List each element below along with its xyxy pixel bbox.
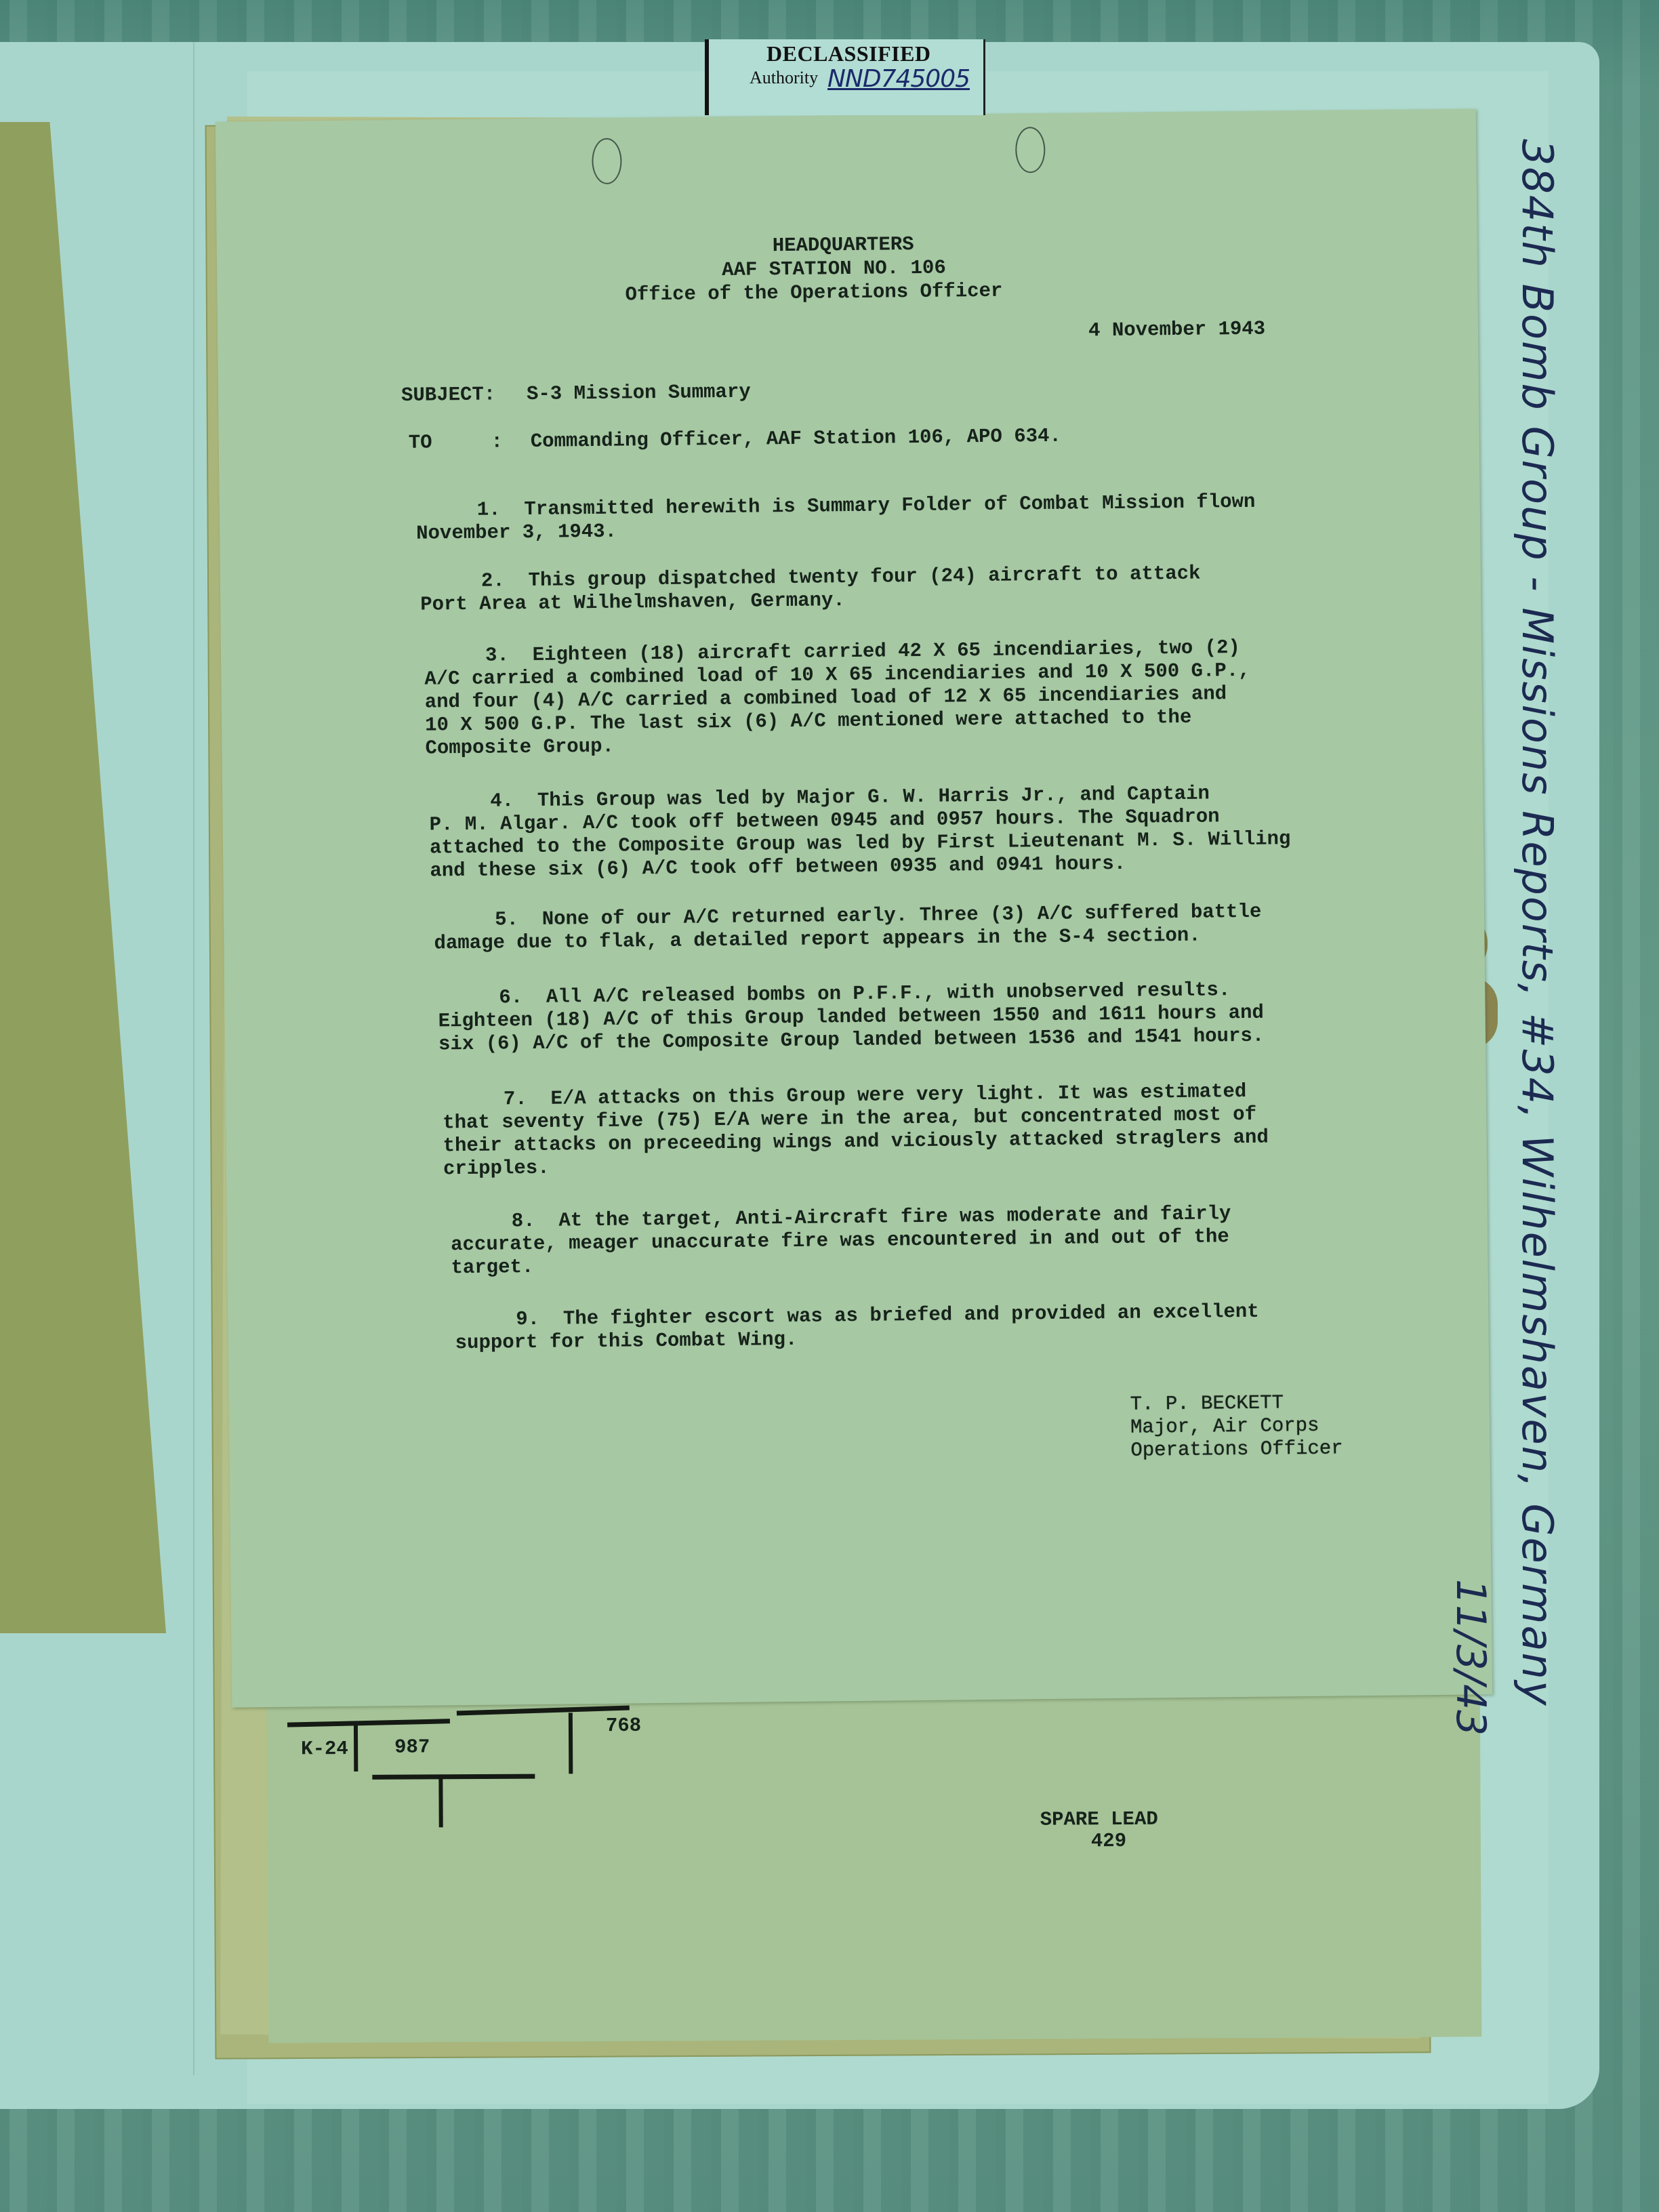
signature-block: T. P. BECKETT Major, Air Corps Operation… (1130, 1391, 1343, 1462)
paragraph-7: 7. E/A attacks on this Group were very l… (443, 1080, 1269, 1181)
paragraph-1: 1. Transmitted herewith is Summary Folde… (416, 491, 1256, 546)
authority-label: Authority (750, 68, 818, 88)
punch-hole-left (592, 138, 622, 184)
formation-sheet: K-24 987 768 SPARE LEAD 429 (267, 1677, 1482, 2043)
left-aircraft-label: K-24 (301, 1738, 348, 1761)
signatory-title: Operations Officer (1130, 1437, 1343, 1462)
signatory-name: T. P. BECKETT (1130, 1391, 1343, 1416)
right-aircraft-number: 768 (606, 1715, 641, 1738)
left-aircraft-number: 987 (394, 1736, 430, 1759)
declassified-stamp: DECLASSIFIED Authority NND745005 (705, 39, 985, 115)
folder-handwritten-date: 11/3/43 (1447, 1579, 1494, 1736)
memo-page: HEADQUARTERS AAF STATION NO. 106 Office … (216, 108, 1492, 1707)
paragraph-2: 2. This group dispatched twenty four (24… (420, 562, 1201, 617)
folder-handwritten-label: 384th Bomb Group - Missions Reports, #34… (1513, 139, 1562, 1707)
header-line-1: HEADQUARTERS (773, 233, 914, 258)
formation-bar-right (457, 1706, 630, 1716)
formation-bar-center (372, 1774, 535, 1780)
paragraph-4: 4. This Group was led by Major G. W. Har… (429, 781, 1291, 882)
header-line-2: AAF STATION NO. 106 (722, 257, 946, 282)
punch-hole-right (1015, 127, 1046, 173)
subject-label: SUBJECT: (401, 383, 496, 407)
paragraph-5: 5. None of our A/C returned early. Three… (434, 901, 1262, 956)
formation-stem-left (354, 1724, 358, 1771)
subject-value: S-3 Mission Summary (527, 381, 751, 406)
memo-date: 4 November 1943 (1088, 318, 1265, 343)
declassified-title: DECLASSIFIED (766, 41, 931, 66)
formation-bar-left (287, 1719, 450, 1727)
spare-lead-number: 429 (1091, 1830, 1126, 1853)
paragraph-3: 3. Eighteen (18) aircraft carried 42 X 6… (424, 636, 1251, 760)
to-label: TO : (409, 430, 504, 454)
paragraph-8: 8. At the target, Anti-Aircraft fire was… (451, 1202, 1232, 1279)
authority-value: NND745005 (827, 65, 970, 93)
folder-crease (193, 42, 194, 2075)
paragraph-9: 9. The fighter escort was as briefed and… (455, 1300, 1259, 1355)
paragraph-6: 6. All A/C released bombs on P.F.F., wit… (438, 979, 1264, 1057)
header-line-3: Office of the Operations Officer (625, 280, 1002, 307)
to-value: Commanding Officer, AAF Station 106, APO… (531, 425, 1061, 453)
formation-stem-right (569, 1713, 573, 1774)
formation-stem-center (438, 1776, 443, 1827)
spare-lead-label: SPARE LEAD (1040, 1808, 1158, 1832)
signatory-rank: Major, Air Corps (1130, 1414, 1343, 1439)
